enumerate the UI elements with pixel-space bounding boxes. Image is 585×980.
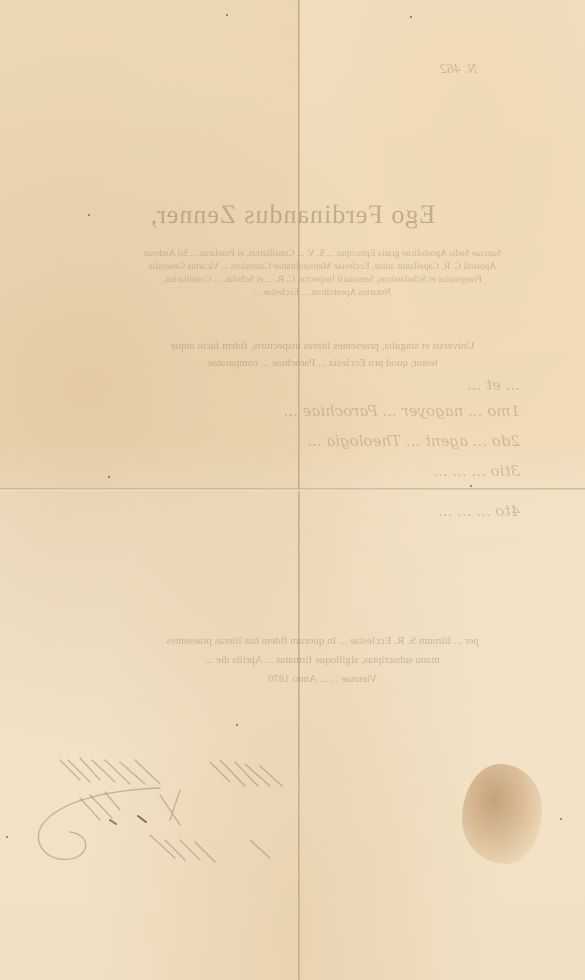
handwritten-line: 4to ... ... ... [90, 502, 520, 520]
intro-line: Sanctae Sedis Apostolicae gratia Episcop… [60, 248, 585, 261]
speck [108, 476, 110, 478]
closing-line: manu subscriptas, sigilloque firmatas ..… [60, 651, 585, 670]
signature-flourish-icon [20, 740, 310, 870]
closing-line: per ... Illmum S. R. Ecclesiae ... In qu… [60, 632, 585, 651]
speck [470, 485, 472, 487]
speck [236, 724, 238, 726]
body-line: Universis et singulis, praesentes litera… [60, 338, 585, 355]
document-number: N. 462 [440, 62, 477, 78]
horizontal-fold-line [0, 488, 585, 491]
brown-stain [462, 764, 542, 864]
body-text-block: Universis et singulis, praesentes litera… [60, 338, 585, 372]
speck [226, 14, 228, 16]
intro-line: Notarius Apostolicus ... Ecclesiae ... [60, 287, 585, 300]
handwritten-line: ... et ... [70, 376, 520, 394]
intro-text-block: Sanctae Sedis Apostolicae gratia Episcop… [60, 248, 585, 300]
signature-area: Ferdinand ... Zenner ... Episcopus [20, 740, 310, 870]
speck [560, 818, 562, 820]
speck [6, 836, 8, 838]
handwritten-line: 3tio ... ... ... [90, 462, 520, 480]
intro-line: Praepositus et Scholasticus, Seminarii I… [60, 274, 585, 287]
speck [88, 214, 90, 216]
intro-line: Apostoli C. R. Capellanus aulae, Ecclesi… [60, 261, 585, 274]
handwritten-line: 1mo ... nagoyer ... Parochiae ... [70, 402, 520, 420]
handwritten-line: 2do ... agent ... Theologia ... [80, 432, 520, 450]
body-line: testor, quod pro Ecclesia ... Parochiae … [60, 355, 585, 372]
speck [410, 16, 412, 18]
closing-line: Viennae ... ... Anno 1870 [60, 670, 585, 689]
document-page: N. 462 Ego Ferdinandus Zenner, Sanctae S… [0, 0, 585, 980]
closing-text-block: per ... Illmum S. R. Ecclesiae ... In qu… [60, 632, 585, 689]
